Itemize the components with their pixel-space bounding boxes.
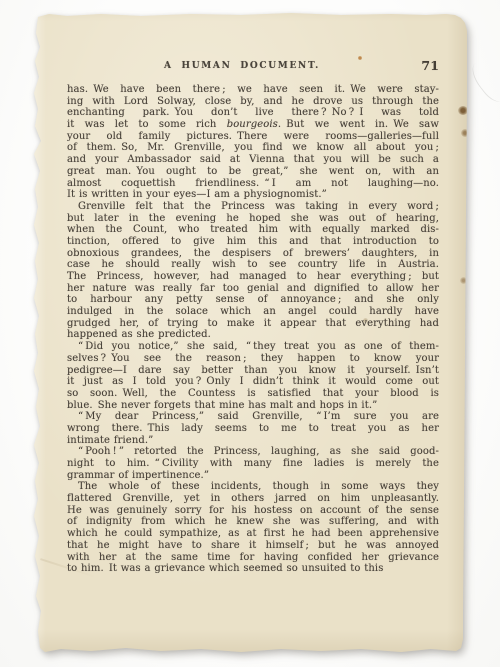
scan-scratch-artifact <box>466 56 500 106</box>
text-line: indulged in the solace which an angel co… <box>67 306 439 318</box>
paragraph: Grenville felt that the Princess was tak… <box>67 201 439 341</box>
text-line: her nature was really far too genial and… <box>67 283 439 295</box>
text-line: selves ? You see the reason ; they happe… <box>67 353 439 365</box>
text-line: of indignity from which he knew she was … <box>67 516 439 528</box>
text-line: grammar of impertinence.” <box>67 470 439 482</box>
text-line: case he should really wish to see countr… <box>67 259 439 271</box>
text-line: when the Count, who treated him with equ… <box>67 224 439 236</box>
text-line: intimate friend.” <box>67 435 439 447</box>
text-line: “ Pooh ! ” retorted the Princess, laughi… <box>67 446 439 458</box>
text-line: night to him. “ Civility with many fine … <box>67 458 439 470</box>
text-line: The Princess, however, had managed to he… <box>67 271 439 283</box>
text-line: Grenville felt that the Princess was tak… <box>67 201 439 213</box>
text-line: It is written in your eyes—I am a physio… <box>67 189 439 201</box>
text-line: enchanting park. You don’t live there ? … <box>67 107 439 119</box>
paragraph: has. We have been there ; we have seen i… <box>67 84 439 201</box>
text-line: to him. It was a grievance which seemed … <box>67 563 439 575</box>
page-number: 71 <box>421 58 439 73</box>
text-block: A HUMAN DOCUMENT. 71 has. We have been t… <box>67 11 439 575</box>
text-line: blue. She never forgets that mine has ma… <box>67 400 439 412</box>
text-line: it just as I told you ? Only I didn’t th… <box>67 376 439 388</box>
text-line: great man. You ought to be great,” she w… <box>67 166 439 178</box>
paragraph: “ Did you notice,” she said, “ they trea… <box>67 341 439 411</box>
text-line: almost coquettish friendliness. “ I am n… <box>67 178 439 190</box>
paragraph: The whole of these incidents, though in … <box>67 481 439 575</box>
foxing-spot <box>460 277 467 284</box>
text-line: to harbour any petty sense of annoyance … <box>67 294 439 306</box>
text-line: flattered Grenville, yet in others jarre… <box>67 493 439 505</box>
text-line: “ My dear Princess,” said Grenville, “ I… <box>67 411 439 423</box>
text-line: of them. So, Mr. Grenville, you find we … <box>67 142 439 154</box>
foxing-spot <box>461 129 469 137</box>
running-header: A HUMAN DOCUMENT. 71 <box>67 61 439 74</box>
book-page: A HUMAN DOCUMENT. 71 has. We have been t… <box>31 11 469 655</box>
text-line: so soon. Well, the Countess is satisfied… <box>67 388 439 400</box>
text-line: and your Ambassador said at Vienna that … <box>67 154 439 166</box>
text-line: ing with Lord Solway, close by, and he d… <box>67 96 439 108</box>
text-line: has. We have been there ; we have seen i… <box>67 84 439 96</box>
text-line: “ Did you notice,” she said, “ they trea… <box>67 341 439 353</box>
body-text: has. We have been there ; we have seen i… <box>67 84 439 575</box>
text-line: it was let to some rich bourgeois. But w… <box>67 119 439 131</box>
text-line: tinction, offered to give him this and t… <box>67 236 439 248</box>
scanned-book-page-wrapper: A HUMAN DOCUMENT. 71 has. We have been t… <box>31 11 469 655</box>
text-line: pedigree—I dare say better than you know… <box>67 365 439 377</box>
text-line: but later in the evening he hoped she wa… <box>67 213 439 225</box>
text-line: wrong there. This lady seems to me to tr… <box>67 423 439 435</box>
text-line: that he might have to share it himself ;… <box>67 540 439 552</box>
page-title: A HUMAN DOCUMENT. <box>67 61 417 71</box>
paragraph: “ My dear Princess,” said Grenville, “ I… <box>67 411 439 446</box>
text-line: happened as she predicted. <box>67 329 439 341</box>
text-line: He was genuinely sorry for his hostess o… <box>67 505 439 517</box>
text-line: which he could sympathize, as at first h… <box>67 528 439 540</box>
foxing-spot <box>458 106 468 115</box>
text-line: with her at the same time for having con… <box>67 552 439 564</box>
text-line: The whole of these incidents, though in … <box>67 481 439 493</box>
text-line: obnoxious grandees, the despisers of bre… <box>67 248 439 260</box>
text-line: your old family pictures. There were roo… <box>67 131 439 143</box>
text-line: grudged her, of trying to make it appear… <box>67 318 439 330</box>
paragraph: “ Pooh ! ” retorted the Princess, laughi… <box>67 446 439 481</box>
